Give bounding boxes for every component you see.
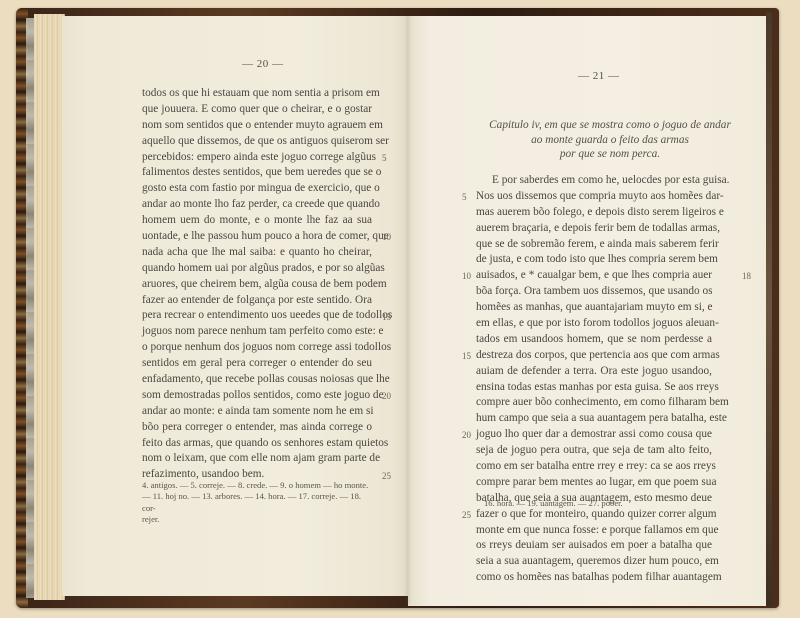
text-line: nom som sentidos que o entender muyto ag…: [142, 118, 372, 134]
line-number: 25: [462, 510, 471, 520]
line-number: 20: [462, 430, 471, 440]
text-line: compre parar bem mentes ao lugar, em que…: [476, 475, 712, 491]
text-line: sentidos em geral pera correger o entend…: [142, 356, 372, 372]
text-line: joguo lho quer dar a demostrar assi como…: [476, 427, 712, 443]
line-number: 18: [742, 271, 751, 281]
text-line: E por saberdes em como he, uelocdes por …: [476, 173, 712, 189]
text-line: aquello que dissemos, de que os antiguos…: [142, 134, 372, 150]
chapter-heading: Capitulo iv, em que se mostra como o jog…: [470, 118, 750, 162]
right-page-footnotes: 16. hora. — 19. uantagem. — 27. pooer.: [484, 498, 714, 509]
page-gutter: [404, 16, 412, 604]
text-line: que jouuera. E como quer que o cheirar, …: [142, 102, 372, 118]
line-number: 25: [382, 471, 391, 481]
text-line: enfadamento, que recebe pollas cousas no…: [142, 372, 372, 388]
text-line: bõa força. Ora tambem uos dissemos, que …: [476, 284, 712, 300]
text-line: auisados, e * caualgar bem, e que lhes c…: [476, 268, 712, 284]
line-number: 15: [462, 351, 471, 361]
text-line: gosto esta com fastio por mingua de exer…: [142, 181, 372, 197]
text-line: que se de sobremão ferem, e ainda mais s…: [476, 237, 712, 253]
text-line: tados em usandoos homem, que se nom perd…: [476, 332, 712, 348]
heading-line: Capitulo iv, em que se mostra como o jog…: [470, 118, 750, 133]
text-line: em ellas, e que por isto forom todollos …: [476, 316, 712, 332]
footnote-line: 4. antigos. — 5. correje. — 8. crede. — …: [142, 480, 372, 491]
spine-ornament: [26, 18, 34, 598]
text-line: hum campo que seia a sua auantagem pera …: [476, 411, 712, 427]
text-line: Nos uos dissemos que compria muyto aos h…: [476, 189, 712, 205]
left-page-folio: — 20 —: [242, 58, 284, 70]
footnote-line: rejer.: [142, 514, 372, 525]
text-line: auiam de defender a terra. Ora este jogu…: [476, 364, 712, 380]
text-line: uontade, e lhe passou hum pouco a hora d…: [142, 229, 372, 245]
page-edges: [34, 14, 65, 600]
text-line: os rreys deuiam ser auisados em poer a b…: [476, 538, 712, 554]
text-line: todos os que hi estauam que nom sentia a…: [142, 86, 372, 102]
text-line: destreza dos corpos, que pertencia aos q…: [476, 348, 712, 364]
text-line: homẽes as manhas, que auantajariam muyto…: [476, 300, 712, 316]
text-line: auerem braçaria, e depois ferir bem de t…: [476, 221, 712, 237]
text-line: feito das armas, que quando os senhores …: [142, 436, 372, 452]
heading-line: por que se nom perca.: [470, 147, 750, 162]
text-line: falimentos destes sentidos, que bem uere…: [142, 165, 372, 181]
text-line: pera recrear o entendimento uos ueedes q…: [142, 308, 372, 324]
text-line: quando homem uai por algũus prados, e po…: [142, 261, 372, 277]
text-line: som demostradas pollos sentidos, como es…: [142, 388, 372, 404]
text-line: o porque nenhum dos joguos nom correge a…: [142, 340, 372, 356]
line-number: 15: [382, 312, 391, 322]
left-page-footnotes: 4. antigos. — 5. correje. — 8. crede. — …: [142, 480, 372, 525]
line-number: 20: [382, 391, 391, 401]
line-number: 5: [382, 153, 387, 163]
text-line: percebidos: empero ainda este joguo corr…: [142, 150, 372, 166]
text-line: andar ao monte lho faz perder, ca creede…: [142, 197, 372, 213]
text-line: bõo pera correger o entender, mas ainda …: [142, 420, 372, 436]
text-line: aruores, que cheirem bem, algũa cousa de…: [142, 277, 372, 293]
text-line: andar ao monte: e ainda tam somente nom …: [142, 404, 372, 420]
line-number: 5: [462, 192, 467, 202]
footnote-line: 16. hora. — 19. uantagem. — 27. pooer.: [484, 498, 714, 509]
text-line: seia a sua auantagem, queremos dizer hum…: [476, 554, 712, 570]
line-number: 10: [382, 232, 391, 242]
text-line: como em ser batalha entre rrey e rrey: c…: [476, 459, 712, 475]
right-page-folio: — 21 —: [578, 70, 620, 82]
line-number: 10: [462, 271, 471, 281]
text-line: mas auerem bõo folego, e depois disto se…: [476, 205, 712, 221]
text-line: nada acha que lhe mal saiba: e quanto ho…: [142, 245, 372, 261]
text-line: seja de joguo pera outra, que seja de ta…: [476, 443, 712, 459]
text-line: como os homẽes nas batalhas podem filhar…: [476, 570, 712, 586]
right-page-body: E por saberdes em como he, uelocdes por …: [476, 173, 712, 586]
footnote-line: — 11. hoj no. — 13. arbores. — 14. hora.…: [142, 491, 372, 514]
book-cover-edge: [766, 12, 772, 606]
text-line: nom o leixam, que com elle nom ajam gram…: [142, 451, 372, 467]
text-line: monte em que nunca fosse: e porque falla…: [476, 523, 712, 539]
text-line: de justa, e com todo isto que lhes compr…: [476, 252, 712, 268]
text-line: fazer ao entender de folgança por este s…: [142, 293, 372, 309]
heading-line: ao monte guarda o feito das armas: [470, 133, 750, 148]
text-line: joguos nom parece nenhum tam perfeito co…: [142, 324, 372, 340]
left-page-body: todos os que hi estauam que nom sentia a…: [142, 86, 372, 483]
text-line: compre auer bõo conhecimento, em como fi…: [476, 395, 712, 411]
text-line: homem uem do monte, e o monte lhe faz aa…: [142, 213, 372, 229]
text-line: ensina todas estas manhas por esta guisa…: [476, 380, 712, 396]
